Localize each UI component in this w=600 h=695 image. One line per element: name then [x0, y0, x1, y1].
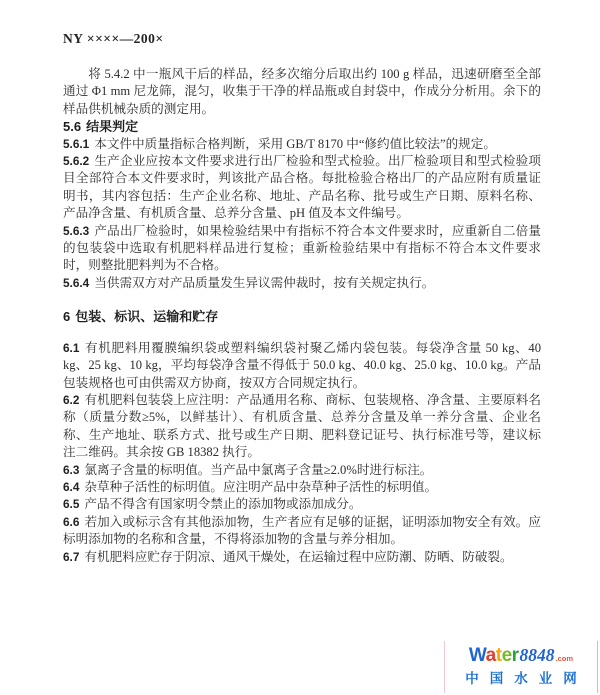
clause-text: 产品出厂检验时，如果检验结果中有指标不符合本文件要求时，应重新自二倍量的包装袋中…	[63, 224, 541, 273]
clause-number: 6.7	[63, 550, 79, 564]
logo-brand-number: 8848	[520, 645, 555, 665]
clause-text: 当供需双方对产品质量发生异议需仲裁时，按有关规定执行。	[94, 276, 434, 290]
logo-letter: r	[512, 645, 519, 666]
clause-text: 产品不得含有国家明令禁止的添加物或添加成分。	[84, 497, 361, 511]
clause-number: 5.6.3	[63, 224, 89, 238]
clause-6-6: 6.6若加入或标示含有其他添加物，生产者应有足够的证据，证明添加物安全有效。应标…	[63, 514, 541, 549]
intro-paragraph: 将 5.4.2 中一瓶风干后的样品，经多次缩分后取出约 100 g 样品，迅速研…	[63, 66, 541, 118]
clause-5-6-2: 5.6.2生产企业应按本文件要求进行出厂检验和型式检验。出厂检验项目和型式检验项…	[63, 153, 541, 223]
logo-brand-word: Water	[469, 646, 519, 666]
clause-text: 杂草种子活性的标明值。应注明产品中杂草种子活性的标明值。	[84, 480, 437, 494]
clause-6-5: 6.5产品不得含有国家明令禁止的添加物或添加成分。	[63, 496, 541, 513]
section-title: 结果判定	[86, 119, 138, 134]
clause-number: 6.2	[63, 393, 79, 407]
clause-5-6-4: 5.6.4当供需双方对产品质量发生异议需仲裁时，按有关规定执行。	[63, 275, 541, 292]
clause-5-6-1: 5.6.1本文件中质量指标合格判断，采用 GB/T 8170 中“修约值比较法”…	[63, 136, 541, 153]
clause-text: 有机肥料用覆膜编织袋或塑料编织袋衬聚乙烯内袋包装。每袋净含量 50 kg、40 …	[63, 341, 541, 390]
section-number: 6	[63, 309, 70, 324]
document-content: NY ××××—200× 将 5.4.2 中一瓶风干后的样品，经多次缩分后取出约…	[63, 30, 541, 566]
logo-site-name: 中国水业网	[454, 669, 588, 689]
section-number: 5.6	[63, 119, 81, 134]
clause-text: 有机肥料包装袋上应注明：产品通用名称、商标、包装规格、净含量、主要原料名称（质量…	[63, 393, 541, 459]
section-heading-5-6: 5.6结果判定	[63, 118, 541, 135]
clause-5-6-3: 5.6.3产品出厂检验时，如果检验结果中有指标不符合本文件要求时，应重新自二倍量…	[63, 223, 541, 275]
clause-number: 6.3	[63, 463, 79, 477]
clause-number: 6.5	[63, 497, 79, 511]
clause-6-3: 6.3氯离子含量的标明值。当产品中氯离子含量≥2.0%时进行标注。	[63, 462, 541, 479]
standard-code-header: NY ××××—200×	[63, 30, 541, 48]
logo-letter: e	[502, 645, 512, 666]
clause-text: 本文件中质量指标合格判断，采用 GB/T 8170 中“修约值比较法”的规定。	[94, 137, 496, 151]
logo-brand-tld: .com	[556, 649, 574, 669]
logo-letter: W	[469, 645, 486, 666]
clause-6-4: 6.4杂草种子活性的标明值。应注明产品中杂草种子活性的标明值。	[63, 479, 541, 496]
clause-6-7: 6.7有机肥料应贮存于阴凉、通风干燥处，在运输过程中应防潮、防晒、防破裂。	[63, 549, 541, 566]
logo-letter: a	[486, 645, 496, 666]
clause-text: 有机肥料应贮存于阴凉、通风干燥处，在运输过程中应防潮、防晒、防破裂。	[84, 550, 512, 564]
clause-6-2: 6.2有机肥料包装袋上应注明：产品通用名称、商标、包装规格、净含量、主要原料名称…	[63, 392, 541, 462]
section-title: 包装、标识、运输和贮存	[75, 309, 218, 324]
clause-number: 5.6.2	[63, 154, 89, 168]
clause-number: 6.4	[63, 480, 79, 494]
clause-number: 6.1	[63, 341, 79, 355]
clause-text: 若加入或标示含有其他添加物，生产者应有足够的证据，证明添加物安全有效。应标明添加…	[63, 515, 541, 546]
scanned-standard-page: NY ××××—200× 将 5.4.2 中一瓶风干后的样品，经多次缩分后取出约…	[0, 0, 600, 695]
water8848-logo: Water8848.com 中国水业网	[444, 641, 598, 693]
clause-text: 生产企业应按本文件要求进行出厂检验和型式检验。出厂检验项目和型式检验项目全部符合…	[63, 154, 541, 220]
section-heading-6: 6包装、标识、运输和贮存	[63, 308, 541, 325]
clause-6-1: 6.1有机肥料用覆膜编织袋或塑料编织袋衬聚乙烯内袋包装。每袋净含量 50 kg、…	[63, 340, 541, 392]
logo-brand: Water8848.com	[469, 645, 573, 669]
clause-number: 6.6	[63, 515, 79, 529]
clause-number: 5.6.1	[63, 137, 89, 151]
clause-number: 5.6.4	[63, 276, 89, 290]
clause-text: 氯离子含量的标明值。当产品中氯离子含量≥2.0%时进行标注。	[84, 463, 432, 477]
